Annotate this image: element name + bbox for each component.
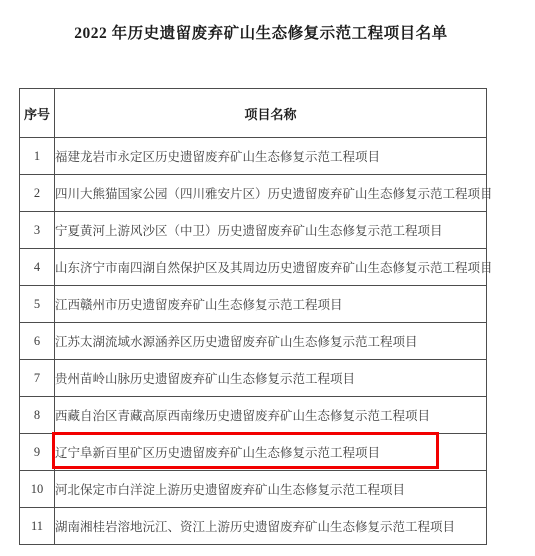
header-cell-index: 序号 <box>20 89 55 138</box>
index-cell: 11 <box>20 508 55 545</box>
name-cell: 福建龙岩市永定区历史遗留废弃矿山生态修复示范工程项目 <box>55 138 487 175</box>
table-row: 8 西藏自治区青藏高原西南缘历史遗留废弃矿山生态修复示范工程项目 <box>20 397 487 434</box>
table-row: 4 山东济宁市南四湖自然保护区及其周边历史遗留废弃矿山生态修复示范工程项目 <box>20 249 487 286</box>
highlighted-project-name: 辽宁阜新百里矿区历史遗留废弃矿山生态修复示范工程项目 <box>55 446 380 460</box>
index-cell: 2 <box>20 175 55 212</box>
table-row: 3 宁夏黄河上游风沙区（中卫）历史遗留废弃矿山生态修复示范工程项目 <box>20 212 487 249</box>
name-cell: 江西赣州市历史遗留废弃矿山生态修复示范工程项目 <box>55 286 487 323</box>
index-cell: 8 <box>20 397 55 434</box>
index-cell: 5 <box>20 286 55 323</box>
index-cell: 1 <box>20 138 55 175</box>
header-row: 序号 项目名称 <box>20 89 487 138</box>
table-row: 6 江苏太湖流域水源涵养区历史遗留废弃矿山生态修复示范工程项目 <box>20 323 487 360</box>
name-cell: 宁夏黄河上游风沙区（中卫）历史遗留废弃矿山生态修复示范工程项目 <box>55 212 487 249</box>
name-cell: 西藏自治区青藏高原西南缘历史遗留废弃矿山生态修复示范工程项目 <box>55 397 487 434</box>
index-cell: 6 <box>20 323 55 360</box>
index-cell: 9 <box>20 434 55 471</box>
name-cell: 河北保定市白洋淀上游历史遗留废弃矿山生态修复示范工程项目 <box>55 471 487 508</box>
header-cell-name: 项目名称 <box>55 89 487 138</box>
name-cell: 山东济宁市南四湖自然保护区及其周边历史遗留废弃矿山生态修复示范工程项目 <box>55 249 487 286</box>
document-page: 2022 年历史遗留废弃矿山生态修复示范工程项目名单 序号 项目名称 1 福建龙… <box>0 0 535 556</box>
index-cell: 7 <box>20 360 55 397</box>
name-cell: 湖南湘桂岩溶地沅江、资江上游历史遗留废弃矿山生态修复示范工程项目 <box>55 508 487 545</box>
name-cell: 辽宁阜新百里矿区历史遗留废弃矿山生态修复示范工程项目 <box>55 434 487 471</box>
table-row: 1 福建龙岩市永定区历史遗留废弃矿山生态修复示范工程项目 <box>20 138 487 175</box>
table-row-highlighted: 9 辽宁阜新百里矿区历史遗留废弃矿山生态修复示范工程项目 <box>20 434 487 471</box>
name-cell: 江苏太湖流域水源涵养区历史遗留废弃矿山生态修复示范工程项目 <box>55 323 487 360</box>
index-cell: 3 <box>20 212 55 249</box>
table-row: 10 河北保定市白洋淀上游历史遗留废弃矿山生态修复示范工程项目 <box>20 471 487 508</box>
project-table: 序号 项目名称 1 福建龙岩市永定区历史遗留废弃矿山生态修复示范工程项目 2 四… <box>19 88 487 545</box>
table-row: 7 贵州苗岭山脉历史遗留废弃矿山生态修复示范工程项目 <box>20 360 487 397</box>
table-row: 11 湖南湘桂岩溶地沅江、资江上游历史遗留废弃矿山生态修复示范工程项目 <box>20 508 487 545</box>
name-cell: 四川大熊猫国家公园（四川雅安片区）历史遗留废弃矿山生态修复示范工程项目 <box>55 175 487 212</box>
name-cell: 贵州苗岭山脉历史遗留废弃矿山生态修复示范工程项目 <box>55 360 487 397</box>
table-row: 2 四川大熊猫国家公园（四川雅安片区）历史遗留废弃矿山生态修复示范工程项目 <box>20 175 487 212</box>
index-cell: 10 <box>20 471 55 508</box>
index-cell: 4 <box>20 249 55 286</box>
page-title: 2022 年历史遗留废弃矿山生态修复示范工程项目名单 <box>0 21 522 43</box>
table-row: 5 江西赣州市历史遗留废弃矿山生态修复示范工程项目 <box>20 286 487 323</box>
